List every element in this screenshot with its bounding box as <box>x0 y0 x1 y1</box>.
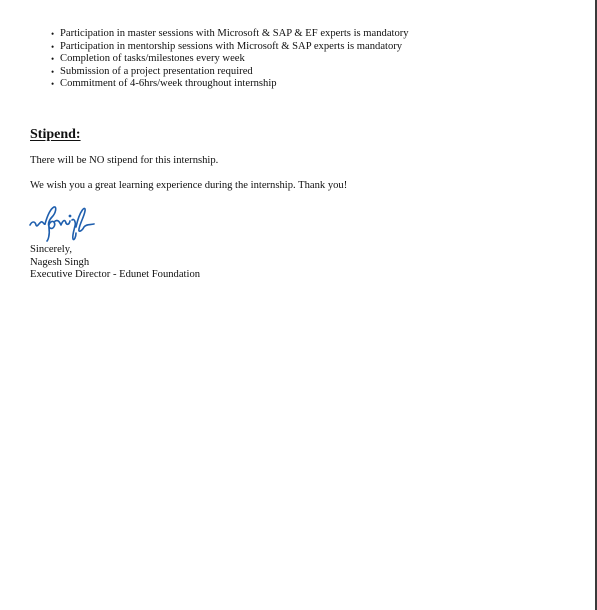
bullet-icon: • <box>51 78 54 91</box>
signer-title: Executive Director - Edunet Foundation <box>30 269 200 282</box>
stipend-heading: Stipend: <box>30 127 81 143</box>
salutation: Sincerely, <box>30 244 200 257</box>
requirement-text: Participation in master sessions with Mi… <box>60 28 409 39</box>
list-item: •Participation in master sessions with M… <box>60 28 409 41</box>
requirement-text: Participation in mentorship sessions wit… <box>60 41 402 52</box>
bullet-icon: • <box>51 41 54 54</box>
requirement-text: Submission of a project presentation req… <box>60 66 253 77</box>
signer-name: Nagesh Singh <box>30 257 200 270</box>
closing-message: We wish you a great learning experience … <box>30 180 347 193</box>
list-item: •Submission of a project presentation re… <box>60 66 409 79</box>
stipend-text: There will be NO stipend for this intern… <box>30 155 218 168</box>
bullet-icon: • <box>51 66 54 79</box>
sign-off-block: Sincerely, Nagesh Singh Executive Direct… <box>30 244 200 282</box>
document-page: •Participation in master sessions with M… <box>0 0 595 610</box>
bullet-icon: • <box>51 53 54 66</box>
list-item: •Commitment of 4-6hrs/week throughout in… <box>60 78 409 91</box>
bullet-icon: • <box>51 28 54 41</box>
list-item: •Completion of tasks/milestones every we… <box>60 53 409 66</box>
handwritten-signature-icon <box>28 203 98 243</box>
requirements-list: •Participation in master sessions with M… <box>30 28 409 91</box>
requirement-text: Completion of tasks/milestones every wee… <box>60 53 245 64</box>
requirement-text: Commitment of 4-6hrs/week throughout int… <box>60 78 277 89</box>
list-item: •Participation in mentorship sessions wi… <box>60 41 409 54</box>
